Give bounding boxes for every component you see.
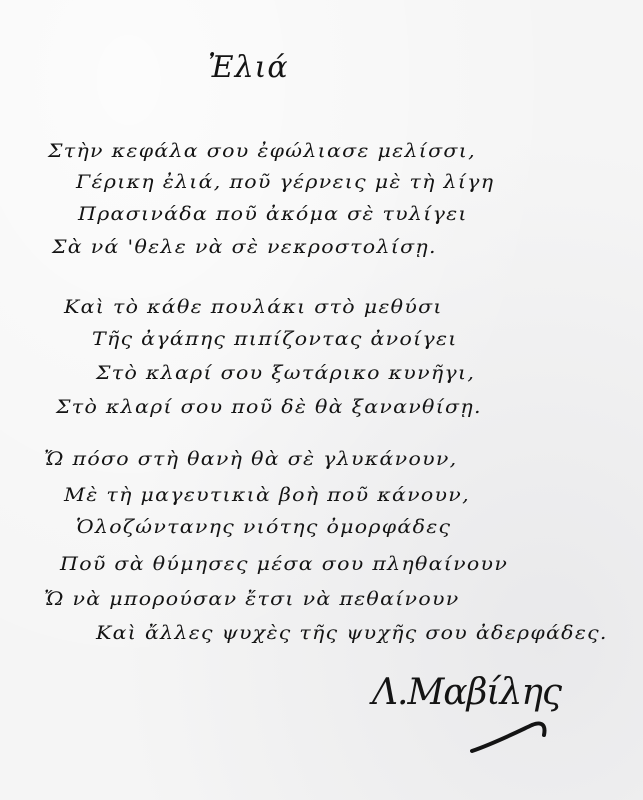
poem-line: Στὸ κλαρί σου ξωτάρικο κυνῆγι,: [96, 362, 475, 384]
poem-line: Τῆς ἀγάπης πιπίζοντας ἀνοίγει: [92, 328, 458, 350]
signature-flourish-icon: [470, 715, 550, 755]
poem-line: Ὁλοζώντανης νιότης ὀμορφάδες: [76, 516, 451, 538]
poem-line: Ὤ πόσο στὴ θανὴ θὰ σὲ γλυκάνουν,: [44, 448, 457, 470]
poem-line: Στὴν κεφάλα σου ἐφώλιασε μελίσσι,: [48, 140, 476, 162]
poem-line: Ποῦ σὰ θύμησες μέσα σου πληθαίνουν: [60, 553, 508, 575]
poem-line: Καὶ ἄλλες ψυχὲς τῆς ψυχῆς σου ἀδερφάδες.: [96, 622, 608, 644]
poem-line: Μὲ τὴ μαγευτικιὰ βοὴ ποῦ κάνουν,: [64, 484, 470, 506]
poem-line: Ὤ νὰ μπορούσαν ἔτσι νὰ πεθαίνουν: [44, 588, 460, 610]
author-signature: Λ.Μαβίλης: [372, 672, 561, 713]
scanned-page: Ἐλιά Στὴν κεφάλα σου ἐφώλιασε μελίσσι, Γ…: [0, 0, 643, 800]
poem-title: Ἐλιά: [208, 50, 289, 85]
poem-line: Καὶ τὸ κάθε πουλάκι στὸ μεθύσι: [64, 296, 443, 318]
poem-line: Σὰ νά 'θελε νὰ σὲ νεκροστολίσῃ.: [52, 236, 437, 258]
poem-line: Στὸ κλαρί σου ποῦ δὲ θὰ ξανανθίσῃ.: [56, 396, 482, 418]
poem-line: Γέρικη ἐλιά, ποῦ γέρνεις μὲ τὴ λίγη: [76, 171, 494, 193]
poem-line: Πρασινάδα ποῦ ἀκόμα σὲ τυλίγει: [78, 203, 468, 225]
